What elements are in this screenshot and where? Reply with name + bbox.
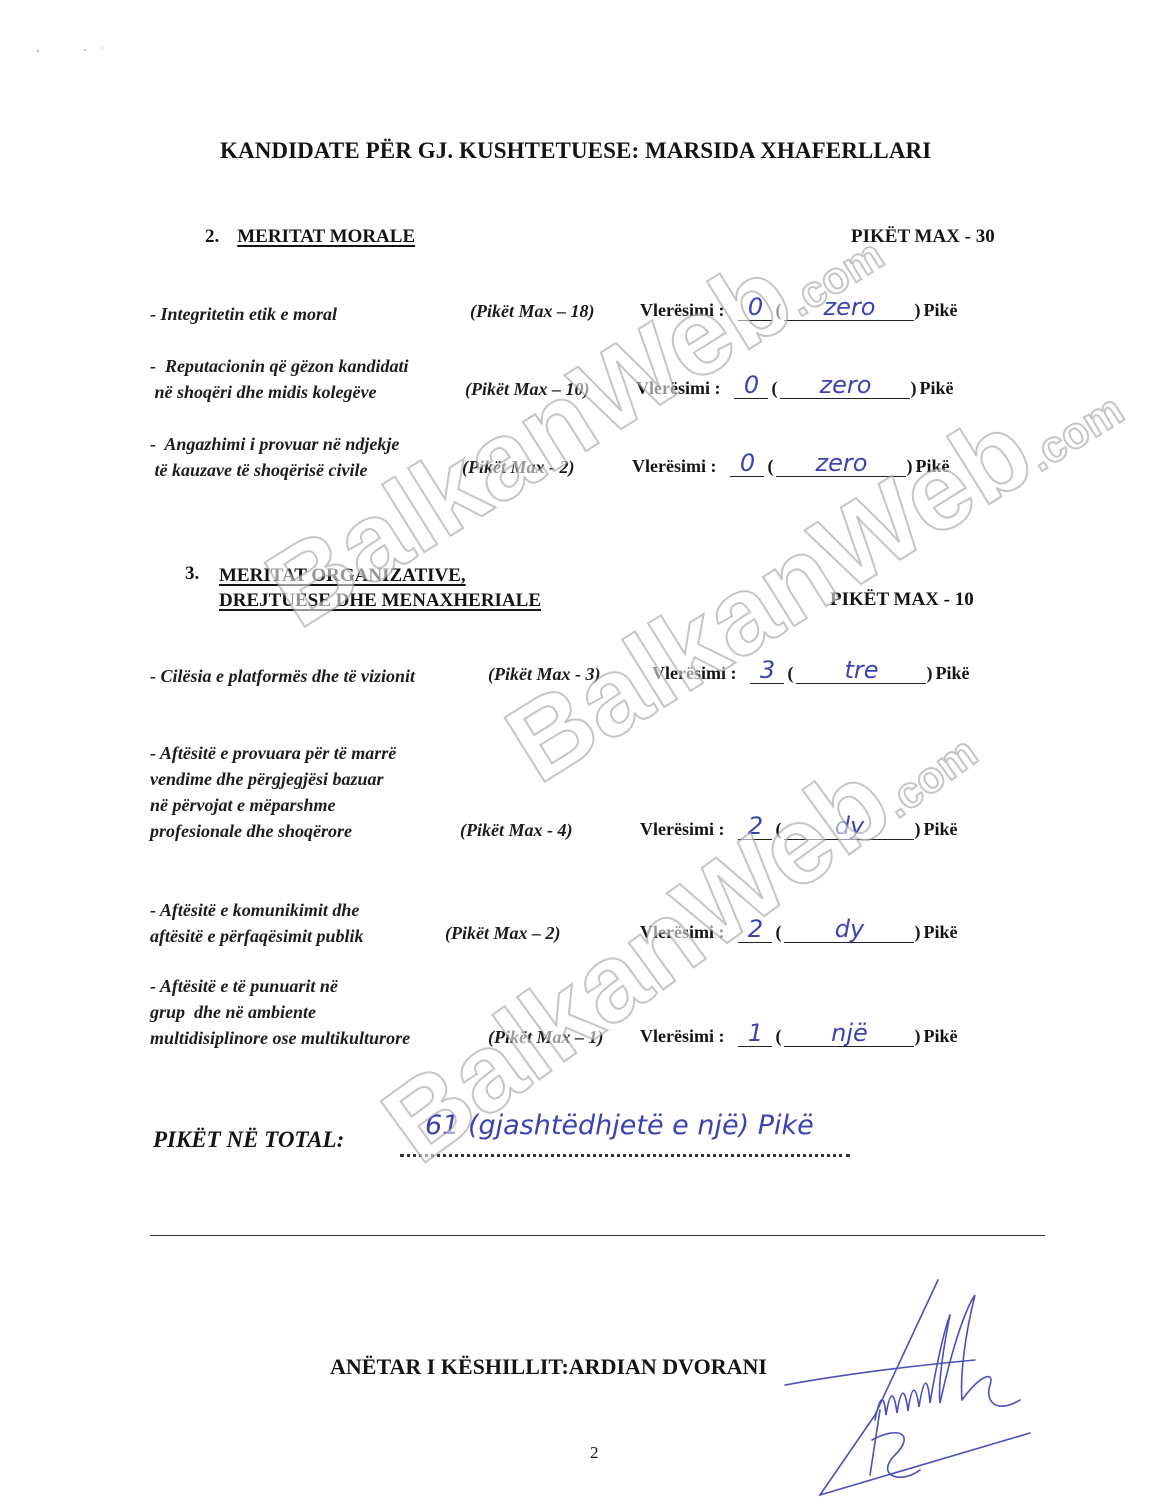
criterion-line: - Integritetin etik e moral <box>150 301 337 327</box>
score-field: Vlerësimi :2(dy)Pikë <box>640 920 957 943</box>
score-words-blank: një <box>784 1024 914 1047</box>
score-label: Vlerësimi : <box>640 1026 724 1047</box>
score-words: zero <box>776 451 906 475</box>
criterion-label: - Cilësia e platformës dhe të vizionit <box>150 663 415 689</box>
score-words: zero <box>780 373 910 397</box>
close-paren: ) <box>926 663 932 684</box>
points-suffix: Pikë <box>919 378 953 399</box>
score-words-blank: dy <box>784 920 914 943</box>
criterion-label: - Angazhimi i provuar në ndjekje të kauz… <box>150 431 399 483</box>
scan-specks <box>30 45 110 55</box>
score-field: Vlerësimi :0(zero)Pikë <box>632 454 949 477</box>
points-suffix: Pikë <box>923 819 957 840</box>
points-suffix: Pikë <box>923 1026 957 1047</box>
section-number: 2. <box>205 226 219 247</box>
section-title: MERITAT MORALE <box>237 226 415 247</box>
total-handwritten-value: 61 (gjashtëdhjetë e një) Pikë <box>425 1110 814 1141</box>
score-number: 2 <box>738 814 772 838</box>
score-number: 0 <box>738 295 772 319</box>
score-field: Vlerësimi :1(një)Pikë <box>640 1024 957 1047</box>
score-label: Vlerësimi : <box>640 922 724 943</box>
score-label: Vlerësimi : <box>652 663 736 684</box>
points-suffix: Pikë <box>923 922 957 943</box>
score-field: Vlerësimi :2(dy)Pikë <box>640 817 957 840</box>
criterion-line: në përvojat e mëparshme <box>150 792 396 818</box>
signature <box>780 1275 1050 1500</box>
section-title-line-1: MERITAT ORGANIZATIVE, <box>219 563 541 588</box>
points-suffix: Pikë <box>935 663 969 684</box>
score-number-blank: 0 <box>734 376 768 399</box>
section-3-header: 3. MERITAT ORGANIZATIVE, DREJTUESE DHE M… <box>185 563 199 585</box>
criterion-line: aftësitë e përfaqësimit publik <box>150 923 363 949</box>
open-paren: ( <box>767 456 773 477</box>
score-number: 0 <box>734 373 768 397</box>
section-number: 3. <box>185 563 199 584</box>
score-words: zero <box>784 295 914 319</box>
criterion-line: - Reputacionin që gëzon kandidati <box>150 353 409 379</box>
total-label: PIKËT NË TOTAL: <box>153 1127 344 1153</box>
score-words-blank: tre <box>796 661 926 684</box>
criterion-line: në shoqëri dhe midis kolegëve <box>150 379 409 405</box>
page-number: 2 <box>590 1443 599 1463</box>
score-words: dy <box>784 917 914 941</box>
score-number-blank: 0 <box>738 298 772 321</box>
score-label: Vlerësimi : <box>640 819 724 840</box>
criterion-max-points: (Pikët Max – 18) <box>470 301 594 322</box>
score-label: Vlerësimi : <box>640 300 724 321</box>
open-paren: ( <box>775 819 781 840</box>
criterion-line: profesionale dhe shoqërore <box>150 818 396 844</box>
open-paren: ( <box>775 300 781 321</box>
criterion-label: - Aftësitë e provuara për të marrëvendim… <box>150 740 396 844</box>
score-words-blank: zero <box>784 298 914 321</box>
section-2-header: 2. MERITAT MORALE <box>205 226 415 248</box>
criterion-line: multidisiplinore ose multikulturore <box>150 1025 410 1051</box>
score-words-blank: zero <box>780 376 910 399</box>
score-words: tre <box>796 658 926 682</box>
score-number-blank: 2 <box>738 920 772 943</box>
criterion-line: - Angazhimi i provuar në ndjekje <box>150 431 399 457</box>
close-paren: ) <box>914 922 920 943</box>
open-paren: ( <box>771 378 777 399</box>
points-suffix: Pikë <box>915 456 949 477</box>
criterion-label: - Reputacionin që gëzon kandidati në sho… <box>150 353 409 405</box>
score-words: dy <box>784 814 914 838</box>
signer-name: ANËTAR I KËSHILLIT:ARDIAN DVORANI <box>330 1354 767 1380</box>
points-suffix: Pikë <box>923 300 957 321</box>
watermark: BalkanWeb.com <box>485 332 1141 807</box>
score-words-blank: dy <box>784 817 914 840</box>
score-number-blank: 2 <box>738 817 772 840</box>
score-number: 2 <box>738 917 772 941</box>
score-number: 1 <box>738 1021 772 1045</box>
criterion-max-points: (Pikët Max – 1) <box>488 1027 603 1048</box>
score-number: 0 <box>730 451 764 475</box>
open-paren: ( <box>775 922 781 943</box>
section-title-line-2: DREJTUESE DHE MENAXHERIALE <box>219 588 541 613</box>
open-paren: ( <box>787 663 793 684</box>
criterion-line: grup dhe në ambiente <box>150 999 410 1025</box>
close-paren: ) <box>910 378 916 399</box>
section-max-points: PIKËT MAX - 10 <box>830 589 974 611</box>
criterion-label: - Aftësitë e komunikimit dheaftësitë e p… <box>150 897 363 949</box>
criterion-label: - Aftësitë e të punuarit nëgrup dhe në a… <box>150 973 410 1051</box>
close-paren: ) <box>914 819 920 840</box>
divider <box>150 1235 1045 1236</box>
criterion-max-points: (Pikët Max - 2) <box>462 457 574 478</box>
score-label: Vlerësimi : <box>636 378 720 399</box>
score-field: Vlerësimi :0(zero)Pikë <box>636 376 953 399</box>
score-words-blank: zero <box>776 454 906 477</box>
section-max-points: PIKËT MAX - 30 <box>851 226 995 248</box>
criterion-line: - Aftësitë e të punuarit në <box>150 973 410 999</box>
criterion-label: - Integritetin etik e moral <box>150 301 337 327</box>
score-field: Vlerësimi :3(tre)Pikë <box>652 661 969 684</box>
close-paren: ) <box>906 456 912 477</box>
score-number-blank: 1 <box>738 1024 772 1047</box>
close-paren: ) <box>914 300 920 321</box>
document-title: KANDIDATE PËR GJ. KUSHTETUESE: MARSIDA X… <box>220 138 931 164</box>
score-field: Vlerësimi :0(zero)Pikë <box>640 298 957 321</box>
open-paren: ( <box>775 1026 781 1047</box>
criterion-max-points: (Pikët Max - 4) <box>460 820 572 841</box>
score-words: një <box>784 1021 914 1045</box>
criterion-line: - Cilësia e platformës dhe të vizionit <box>150 663 415 689</box>
criterion-line: - Aftësitë e komunikimit dhe <box>150 897 363 923</box>
score-number-blank: 0 <box>730 454 764 477</box>
criterion-max-points: (Pikët Max - 3) <box>488 664 600 685</box>
score-label: Vlerësimi : <box>632 456 716 477</box>
score-number: 3 <box>750 658 784 682</box>
criterion-line: vendime dhe përgjegjësi bazuar <box>150 766 396 792</box>
close-paren: ) <box>914 1026 920 1047</box>
criterion-max-points: (Pikët Max – 2) <box>445 923 560 944</box>
score-number-blank: 3 <box>750 661 784 684</box>
criterion-line: - Aftësitë e provuara për të marrë <box>150 740 396 766</box>
criterion-max-points: (Pikët Max – 10) <box>465 379 589 400</box>
criterion-line: të kauzave të shoqërisë civile <box>150 457 399 483</box>
